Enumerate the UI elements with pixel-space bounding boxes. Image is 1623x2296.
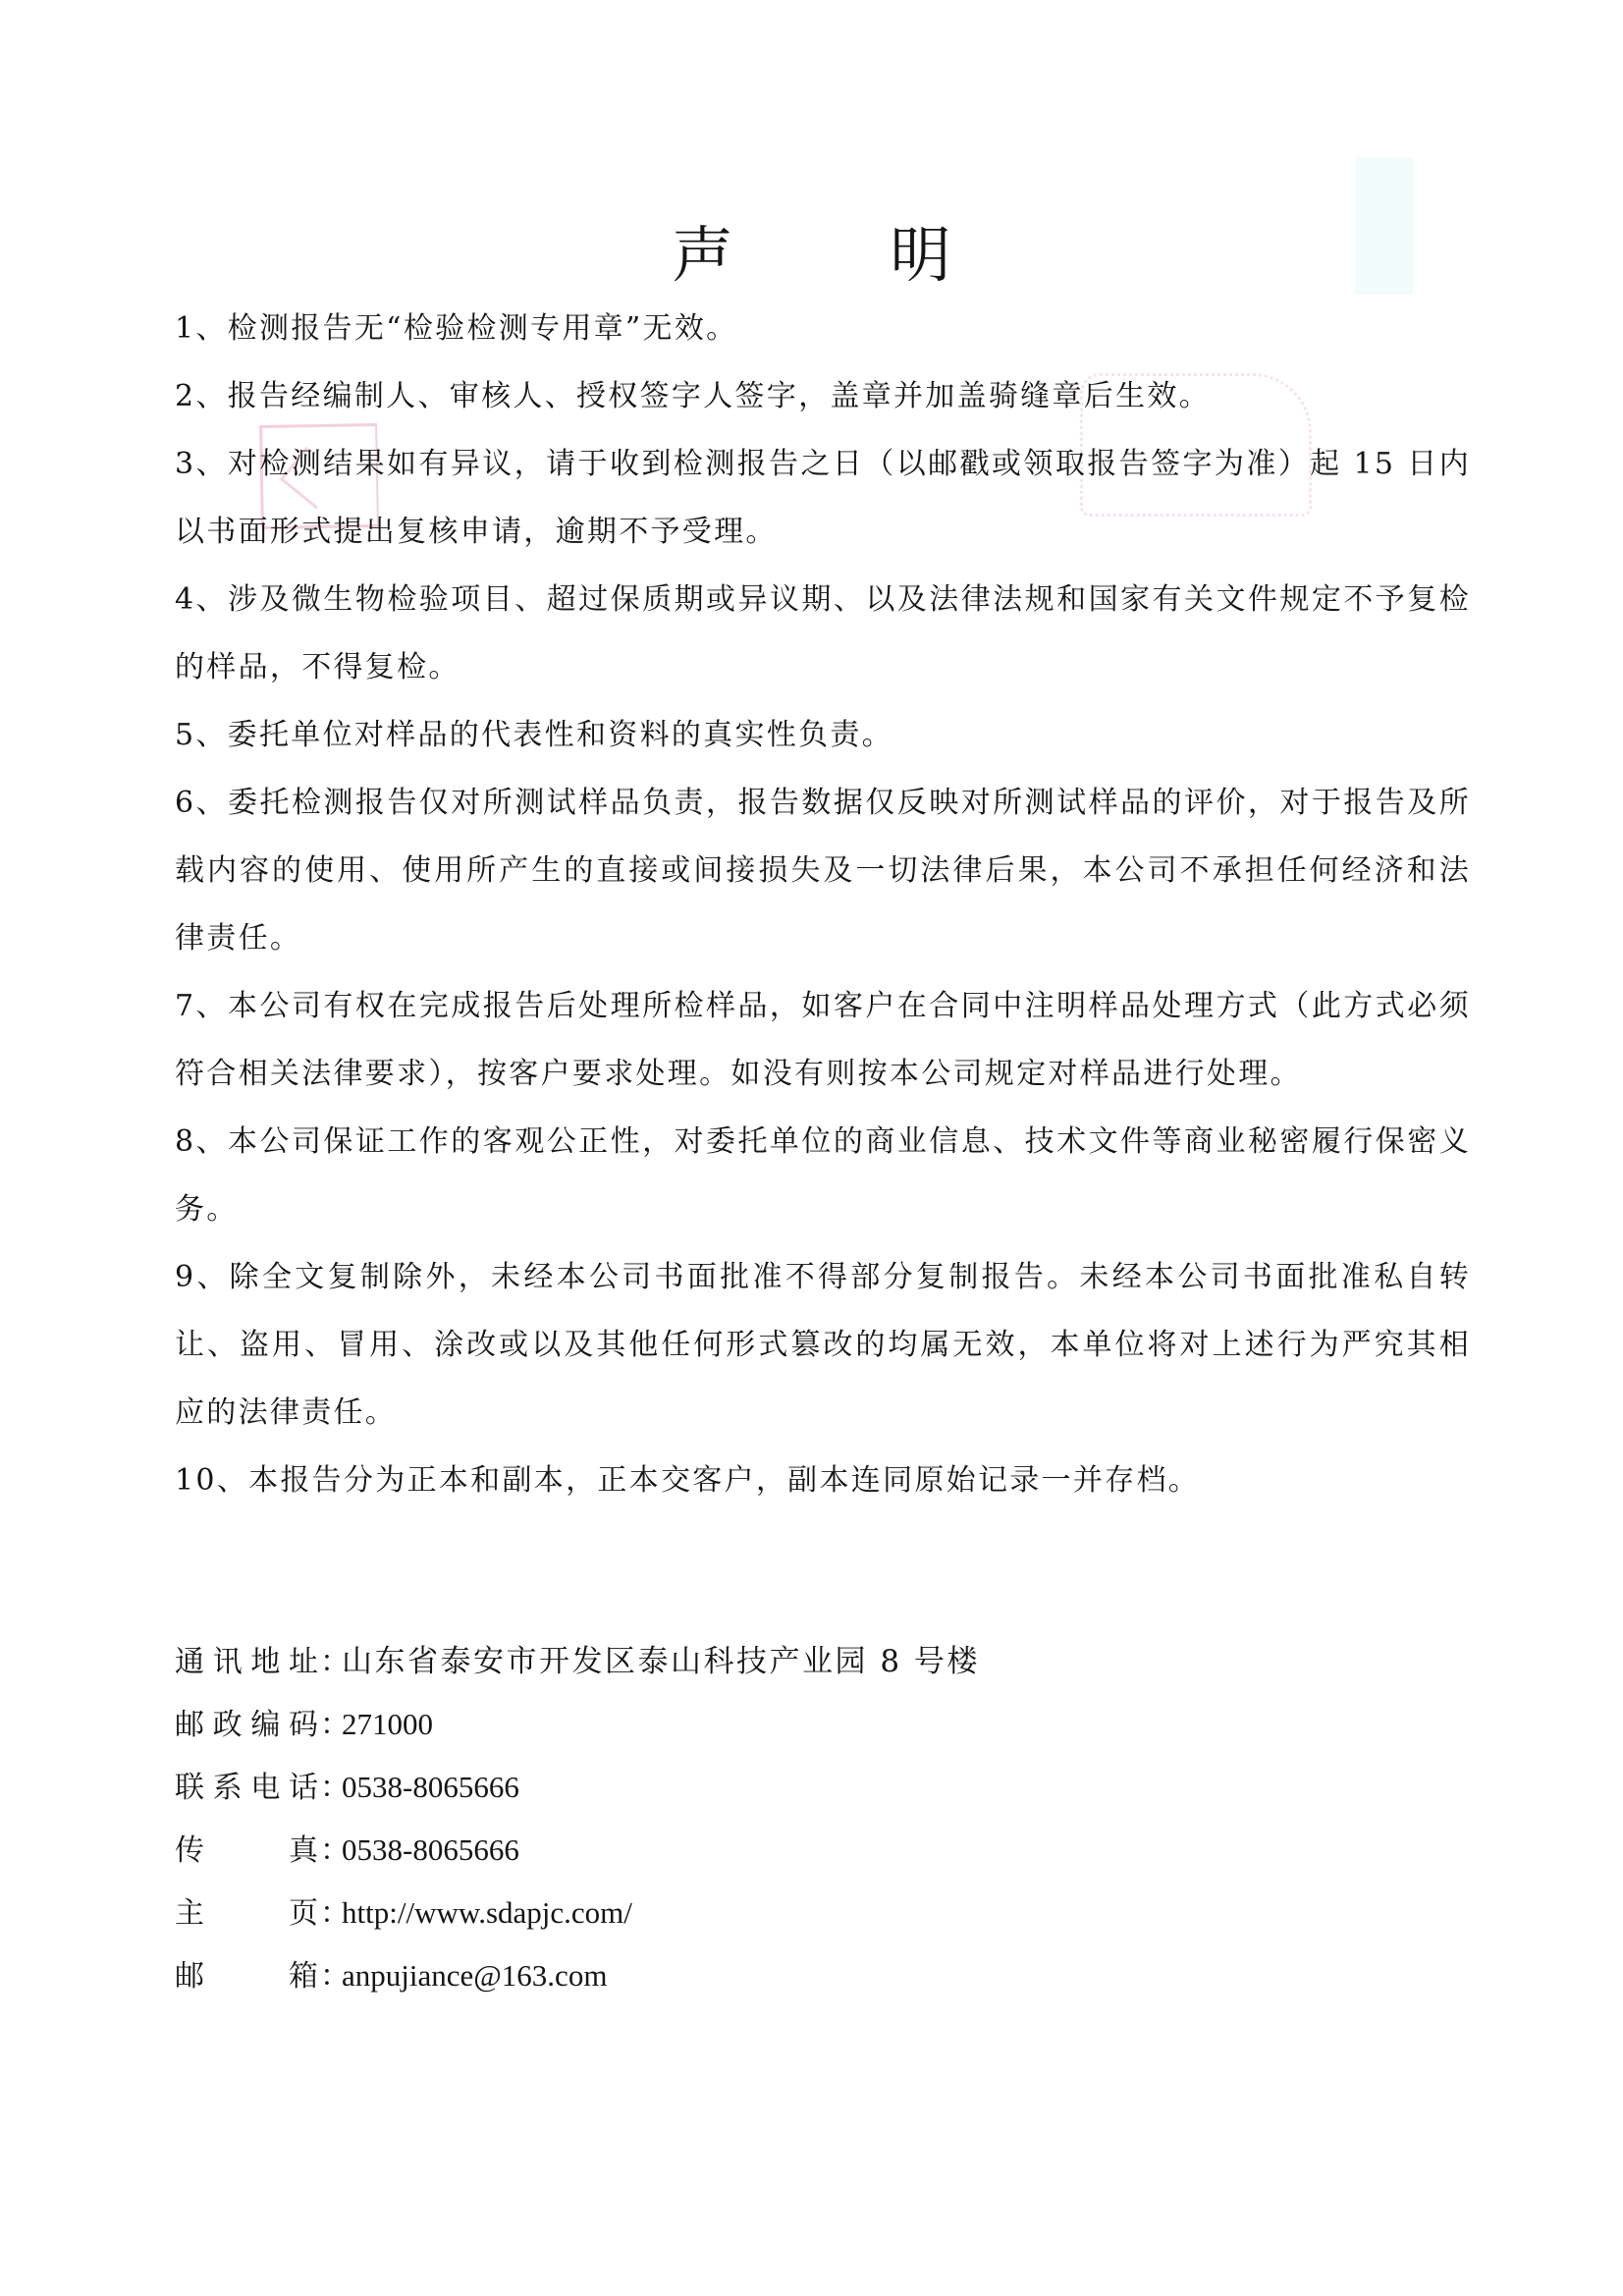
clause-6: 6、委托检测报告仅对所测试样品负责，报告数据仅反映对所测试样品的评价，对于报告及… <box>175 769 1471 972</box>
clause-5: 5、委托单位对样品的代表性和资料的真实性负责。 <box>175 701 1471 769</box>
fax-label: 传真 <box>175 1820 320 1883</box>
colon: ： <box>320 1757 342 1820</box>
colon: ： <box>320 1694 342 1757</box>
fax-value: 0538-8065666 <box>342 1819 519 1882</box>
contact-phone: 联系电话 ： 0538-8065666 <box>175 1756 1058 1819</box>
clause-4: 4、涉及微生物检验项目、超过保质期或异议期、以及法律法规和国家有关文件规定不予复… <box>175 566 1471 701</box>
colon: ： <box>320 1883 342 1945</box>
colon: ： <box>320 1945 342 2008</box>
clause-8: 8、本公司保证工作的客观公正性，对委托单位的商业信息、技术文件等商业秘密履行保密… <box>175 1108 1471 1243</box>
clause-7: 7、本公司有权在完成报告后处理所检样品，如客户在合同中注明样品处理方式（此方式必… <box>175 972 1471 1108</box>
contact-info: 通讯地址 ： 山东省泰安市开发区泰山科技产业园 8 号楼 邮政编码 ： 2710… <box>175 1630 1058 2007</box>
address-label: 通讯地址 <box>175 1631 320 1694</box>
postcode-value: 271000 <box>342 1693 433 1756</box>
address-value: 山东省泰安市开发区泰山科技产业园 8 号楼 <box>342 1630 980 1693</box>
homepage-label: 主页 <box>175 1883 320 1945</box>
contact-address: 通讯地址 ： 山东省泰安市开发区泰山科技产业园 8 号楼 <box>175 1630 1058 1693</box>
phone-value: 0538-8065666 <box>342 1756 519 1819</box>
contact-homepage: 主页 ： http://www.sdapjc.com/ <box>175 1882 1058 1944</box>
clause-9: 9、除全文复制除外，未经本公司书面批准不得部分复制报告。未经本公司书面批准私自转… <box>175 1243 1471 1447</box>
email-label: 邮箱 <box>175 1945 320 2008</box>
postcode-label: 邮政编码 <box>175 1694 320 1757</box>
phone-label: 联系电话 <box>175 1757 320 1820</box>
contact-postcode: 邮政编码 ： 271000 <box>175 1693 1058 1756</box>
clause-list: 1、检测报告无“检验检测专用章”无效。 2、报告经编制人、审核人、授权签字人签字… <box>175 295 1471 1514</box>
clause-1: 1、检测报告无“检验检测专用章”无效。 <box>175 295 1471 362</box>
declaration-page: 声明 1、检测报告无“检验检测专用章”无效。 2、报告经编制人、审核人、授权签字… <box>0 0 1623 2296</box>
colon: ： <box>320 1631 342 1694</box>
clause-2: 2、报告经编制人、审核人、授权签字人签字，盖章并加盖骑缝章后生效。 <box>175 362 1471 430</box>
title-char-2: 明 <box>891 216 951 295</box>
contact-email: 邮箱 ： anpujiance@163.com <box>175 1944 1058 2007</box>
page-title: 声明 <box>0 216 1623 295</box>
email-link[interactable]: anpujiance@163.com <box>342 1944 607 2007</box>
contact-fax: 传真 ： 0538-8065666 <box>175 1819 1058 1882</box>
clause-10: 10、本报告分为正本和副本，正本交客户，副本连同原始记录一并存档。 <box>175 1447 1471 1514</box>
clause-3: 3、对检测结果如有异议，请于收到检测报告之日（以邮戳或领取报告签字为准）起 15… <box>175 430 1471 566</box>
colon: ： <box>320 1820 342 1883</box>
homepage-link[interactable]: http://www.sdapjc.com/ <box>342 1882 632 1944</box>
title-char-1: 声 <box>672 216 732 295</box>
